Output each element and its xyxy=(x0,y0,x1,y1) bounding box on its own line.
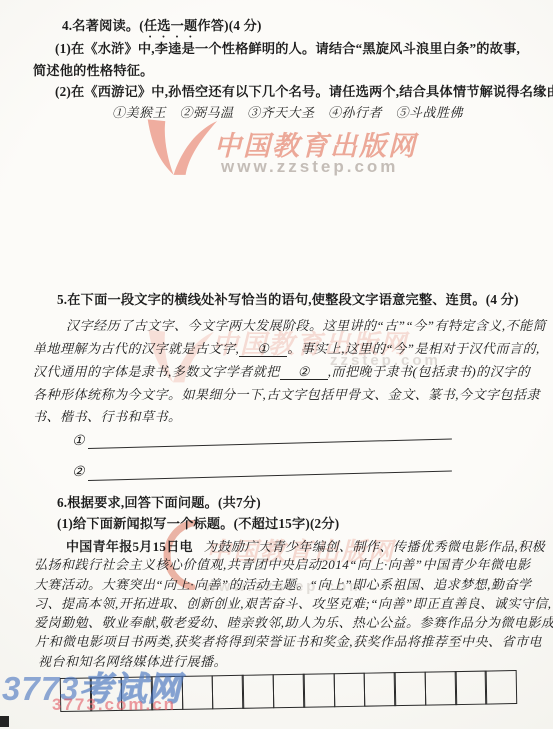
q5-passage-line4: 各种形体统称为今文字。如果细分一下,古文字包括甲骨文、金文、篆书,今文字包括隶 xyxy=(33,387,540,403)
q4-stem-pre: 4.名著阅读。( xyxy=(62,18,144,33)
grid-cell xyxy=(212,675,244,710)
grid-cell xyxy=(272,674,304,709)
zzstep-swoosh-icon xyxy=(145,326,215,393)
q5-passage-line3-post: ,而把晚于隶书(包括隶书)的汉字的 xyxy=(328,364,530,379)
grid-cell xyxy=(90,677,122,712)
grid-cell xyxy=(60,677,92,712)
q4-stem-emphasis: 任选一题 xyxy=(144,18,198,33)
q5-answer2-label: ② xyxy=(72,464,85,482)
grid-cell xyxy=(181,675,213,710)
grid-cell xyxy=(394,672,426,707)
q5-passage-line2-post: 。事实上,这里的“今”是相对于汉代而言的, xyxy=(287,341,539,356)
q6-sub-question: (1)给下面新闻拟写一个标题。(不超过15字)(2分) xyxy=(57,516,339,533)
grid-cell xyxy=(424,671,456,706)
q4-item1-line1: (1)在《水浒》中,李逵是一个性格鲜明的人。请结合“黑旋风斗浪里白条”的故事, xyxy=(55,41,520,58)
q4-options-line: ①美猴王 ②弼马温 ③齐天大圣 ④孙行者 ⑤斗战胜佛 xyxy=(112,105,463,121)
q6-news-line1: 中国青年报5月15日电为鼓励广大青少年编创、制作、传播优秀微电影作品,积极 xyxy=(66,537,545,557)
grid-cell xyxy=(485,670,517,705)
grid-cell xyxy=(303,673,335,708)
zzstep-swoosh-icon xyxy=(144,116,218,185)
q4-stem: 4.名著阅读。(任选一题作答)(4 分) xyxy=(62,18,262,41)
q6-news-line7: 视台和知名网络媒体进行展播。 xyxy=(38,654,227,670)
grid-cell xyxy=(120,676,152,711)
q5-passage-line3: 汉代通用的字体是隶书,多数文字学者就把②,而把晚于隶书(包括隶书)的汉字的 xyxy=(33,364,530,380)
q4-item1-line2: 简述他的性格特征。 xyxy=(33,63,154,80)
exam-page: 中国教育出版网 www.zzstep.com 中国教育出版网 zzstep.co… xyxy=(0,0,553,729)
q6-news-line5: 爱岗勤勉、敬业奉献,敬老爱幼、睦亲敦邻,助人为乐、热心公益。参赛作品分为微电影成 xyxy=(34,615,553,631)
q6-stem: 6.根据要求,回答下面问题。(共7分) xyxy=(57,495,261,512)
q5-stem: 5.在下面一段文字的横线处补写恰当的语句,使整段文字语意完整、连贯。(4 分) xyxy=(57,292,519,309)
q5-passage-line2-pre: 单地理解为古代的汉字就是古文字, xyxy=(33,341,239,356)
q5-inline-blank-1: ① xyxy=(239,342,287,357)
headline-answer-grid xyxy=(60,670,518,712)
grid-cell xyxy=(455,671,487,706)
q6-news-line1-text: 为鼓励广大青少年编创、制作、传播优秀微电影作品,积极 xyxy=(204,539,545,554)
q5-passage-line1: 汉字经历了古文字、今文字两大发展阶段。这里讲的“古”“今”有特定含义,不能简 xyxy=(66,318,546,334)
q5-passage-line5: 书、楷书、行书和草书。 xyxy=(33,409,182,425)
q6-news-dateline: 中国青年报5月15日电 xyxy=(66,539,193,554)
q6-news-line2: 弘扬和践行社会主义核心价值观,共青团中央启动2014“向上·向善”中国青少年微电… xyxy=(34,557,530,573)
q5-inline-blank-2: ② xyxy=(280,365,328,380)
q6-news-line3: 大赛活动。大赛突出“向上·向善”的活动主题。“向上”即心系祖国、追求梦想,勤奋学 xyxy=(34,577,531,593)
q5-answer1-label: ① xyxy=(72,433,85,451)
zzstep-watermark-url: www.zzstep.com xyxy=(221,157,398,177)
q5-passage-line2: 单地理解为古代的汉字就是古文字,①。事实上,这里的“今”是相对于汉代而言的, xyxy=(33,341,540,357)
q6-news-line4: 习、提高本领,开拓进取、创新创业,艰苦奋斗、攻坚克难;“向善”即正直善良、诚实守… xyxy=(34,596,552,612)
q4-stem-post: 作答)(4 分) xyxy=(197,18,261,33)
q6-news-line6: 片和微电影项目书两类,获奖者将得到荣誉证书和奖金,获奖作品将推荐至中央、省市电 xyxy=(35,634,542,650)
grid-cell xyxy=(151,676,183,711)
grid-cell xyxy=(242,674,274,709)
q5-answer2-line xyxy=(88,470,452,481)
page-corner-mark xyxy=(0,716,9,727)
q4-item2-line1: (2)在《西游记》中,孙悟空还有以下几个名号。请任选两个,结合具体情节解说得名缘… xyxy=(55,84,553,101)
grid-cell xyxy=(333,673,365,708)
grid-cell xyxy=(364,672,396,707)
q5-answer1-line xyxy=(88,438,452,449)
q5-passage-line3-pre: 汉代通用的字体是隶书,多数文字学者就把 xyxy=(33,364,280,379)
zzstep-watermark-name: 中国教育出版网 xyxy=(214,124,417,163)
